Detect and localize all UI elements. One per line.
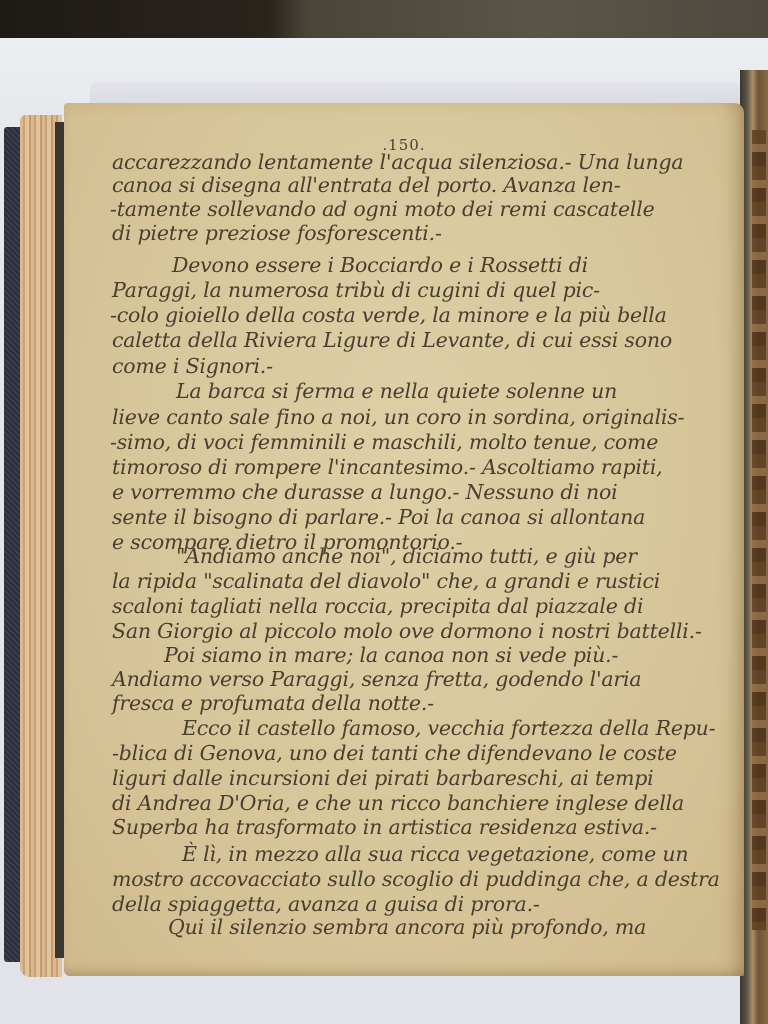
text-line: -simo, di voci femminili e maschili, mol… [110, 430, 658, 454]
text-line: accarezzando lentamente l'acqua silenzio… [112, 150, 683, 174]
text-line: Devono essere i Bocciardo e i Rossetti d… [172, 253, 588, 277]
text-line: -blica di Genova, uno dei tanti che dife… [112, 741, 677, 765]
text-line: caletta della Riviera Ligure di Levante,… [112, 328, 672, 352]
text-line: Qui il silenzio sembra ancora più profon… [168, 915, 646, 939]
text-line: sente il bisogno di parlare.- Poi la can… [112, 505, 645, 529]
text-line: della spiaggetta, avanza a guisa di pror… [112, 892, 540, 916]
text-line: di pietre preziose fosforescenti.- [112, 221, 442, 245]
text-line: scaloni tagliati nella roccia, precipita… [112, 594, 643, 618]
table-surface [0, 0, 768, 40]
text-line: di Andrea D'Oria, e che un ricco banchie… [112, 791, 684, 815]
text-line: come i Signori.- [112, 354, 273, 378]
text-line: e vorremmo che durasse a lungo.- Nessuno… [112, 480, 617, 504]
text-line: la ripida "scalinata del diavolo" che, a… [112, 569, 660, 593]
facing-page-gutter [740, 70, 768, 1024]
text-line: Andiamo verso Paraggi, senza fretta, god… [112, 667, 641, 691]
text-line: Superba ha trasformato in artistica resi… [112, 815, 657, 839]
text-line: liguri dalle incursioni dei pirati barba… [112, 766, 654, 790]
text-line: canoa si disegna all'entrata del porto. … [112, 173, 621, 197]
text-line: -colo gioiello della costa verde, la min… [110, 303, 667, 327]
text-line: San Giorgio al piccolo molo ove dormono … [112, 619, 702, 643]
text-line: "Andiamo anche noi", diciamo tutti, e gi… [176, 544, 637, 568]
text-line: -tamente sollevando ad ogni moto dei rem… [110, 197, 655, 221]
text-line: La barca si ferma e nella quiete solenne… [176, 379, 617, 403]
text-line: Paraggi, la numerosa tribù di cugini di … [112, 278, 600, 302]
text-line: Poi siamo in mare; la canoa non si vede … [164, 643, 618, 667]
text-line: mostro accovacciato sullo scoglio di pud… [112, 867, 720, 891]
text-line: fresca e profumata della notte.- [112, 691, 434, 715]
text-line: È lì, in mezzo alla sua ricca vegetazion… [182, 842, 688, 866]
margin-rule [55, 122, 64, 958]
text-line: lieve canto sale fino a noi, un coro in … [112, 405, 684, 429]
text-line: timoroso di rompere l'incantesimo.- Asco… [112, 455, 663, 479]
text-line: Ecco il castello famoso, vecchia fortezz… [182, 716, 715, 740]
